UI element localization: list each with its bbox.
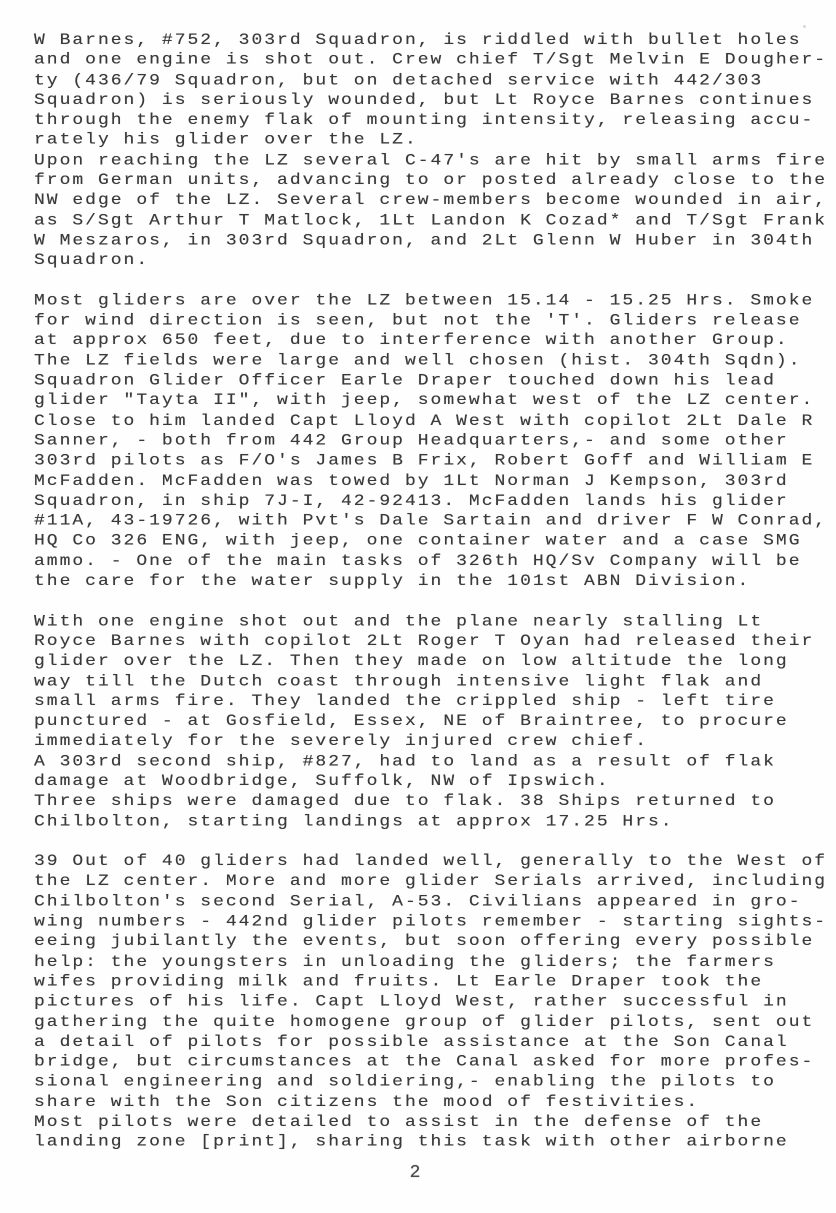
text-line: Sanner, - both from 442 Group Headquarte…	[34, 432, 834, 452]
text-line: damage at Woodbridge, Suffolk, NW of Ips…	[34, 772, 834, 792]
text-line: small arms fire. They landed the cripple…	[34, 692, 834, 712]
text-line: bridge, but circumstances at the Canal a…	[34, 1053, 834, 1073]
text-line: and one engine is shot out. Crew chief T…	[34, 51, 834, 71]
text-line: The LZ fields were large and well chosen…	[34, 352, 834, 372]
text-line: help: the youngsters in unloading the gl…	[34, 953, 834, 973]
text-line: at approx 650 feet, due to interference …	[34, 332, 834, 352]
text-line: Three ships were damaged due to flak. 38…	[34, 792, 834, 812]
text-line: Close to him landed Capt Lloyd A West wi…	[34, 412, 834, 432]
text-line: glider "Tayta II", with jeep, somewhat w…	[34, 392, 834, 412]
document-page: W Barnes, #752, 303rd Squadron, is riddl…	[0, 0, 836, 1213]
text-line: sional engineering and soldiering,- enab…	[34, 1073, 834, 1093]
text-line: Squadron) is seriously wounded, but Lt R…	[34, 91, 834, 111]
text-line: the care for the water supply in the 101…	[34, 572, 834, 592]
text-line: Squadron.	[34, 251, 834, 271]
paragraph: With one engine shot out and the plane n…	[34, 612, 834, 832]
text-line: W Barnes, #752, 303rd Squadron, is riddl…	[34, 31, 834, 51]
text-line: With one engine shot out and the plane n…	[34, 612, 834, 632]
text-line: Squadron Glider Officer Earle Draper tou…	[34, 372, 834, 392]
text-line: Royce Barnes with copilot 2Lt Roger T Oy…	[34, 632, 834, 652]
text-line: Most pilots were detailed to assist in t…	[34, 1113, 834, 1133]
paragraph: Most gliders are over the LZ between 15.…	[34, 291, 834, 592]
text-line: punctured - at Gosfield, Essex, NE of Br…	[34, 712, 834, 732]
text-line: immediately for the severely injured cre…	[34, 732, 834, 752]
text-line: ammo. - One of the main tasks of 326th H…	[34, 552, 834, 572]
text-line: wifes providing milk and fruits. Lt Earl…	[34, 973, 834, 993]
text-line: through the enemy flak of mounting inten…	[34, 111, 834, 131]
text-line: share with the Son citizens the mood of …	[34, 1093, 834, 1113]
text-line: A 303rd second ship, #827, had to land a…	[34, 752, 834, 772]
text-line: as S/Sgt Arthur T Matlock, 1Lt Landon K …	[34, 211, 834, 231]
text-line: rately his glider over the LZ.	[34, 131, 834, 151]
text-line: eeing jubilantly the events, but soon of…	[34, 933, 834, 953]
text-line: gathering the quite homogene group of gl…	[34, 1013, 834, 1033]
text-line: Chilbolton, starting landings at approx …	[34, 812, 834, 832]
text-line: Upon reaching the LZ several C-47's are …	[34, 151, 834, 171]
text-line: #11A, 43-19726, with Pvt's Dale Sartain …	[34, 512, 834, 532]
text-line: the LZ center. More and more glider Seri…	[34, 872, 834, 892]
text-line: glider over the LZ. Then they made on lo…	[34, 652, 834, 672]
document-body: W Barnes, #752, 303rd Squadron, is riddl…	[34, 31, 834, 1153]
scan-speck	[803, 25, 806, 28]
text-line: landing zone [print], sharing this task …	[34, 1133, 834, 1153]
text-line: 303rd pilots as F/O's James B Frix, Robe…	[34, 452, 834, 472]
text-line: a detail of pilots for possible assistan…	[34, 1033, 834, 1053]
text-line: ty (436/79 Squadron, but on detached ser…	[34, 71, 834, 91]
text-line: Chilbolton's second Serial, A-53. Civili…	[34, 893, 834, 913]
text-line: Most gliders are over the LZ between 15.…	[34, 291, 834, 311]
text-line: from German units, advancing to or poste…	[34, 171, 834, 191]
text-line: W Meszaros, in 303rd Squadron, and 2Lt G…	[34, 231, 834, 251]
text-line: 39 Out of 40 gliders had landed well, ge…	[34, 852, 834, 872]
text-line: wing numbers - 442nd glider pilots remem…	[34, 913, 834, 933]
page-number: 2	[405, 1163, 425, 1183]
paragraph: W Barnes, #752, 303rd Squadron, is riddl…	[34, 31, 834, 271]
text-line: Squadron, in ship 7J-I, 42-92413. McFadd…	[34, 492, 834, 512]
text-line: pictures of his life. Capt Lloyd West, r…	[34, 993, 834, 1013]
text-line: McFadden. McFadden was towed by 1Lt Norm…	[34, 472, 834, 492]
text-line: way till the Dutch coast through intensi…	[34, 672, 834, 692]
text-line: HQ Co 326 ENG, with jeep, one container …	[34, 532, 834, 552]
paragraph: 39 Out of 40 gliders had landed well, ge…	[34, 852, 834, 1153]
text-line: for wind direction is seen, but not the …	[34, 311, 834, 331]
text-line: NW edge of the LZ. Several crew-members …	[34, 191, 834, 211]
